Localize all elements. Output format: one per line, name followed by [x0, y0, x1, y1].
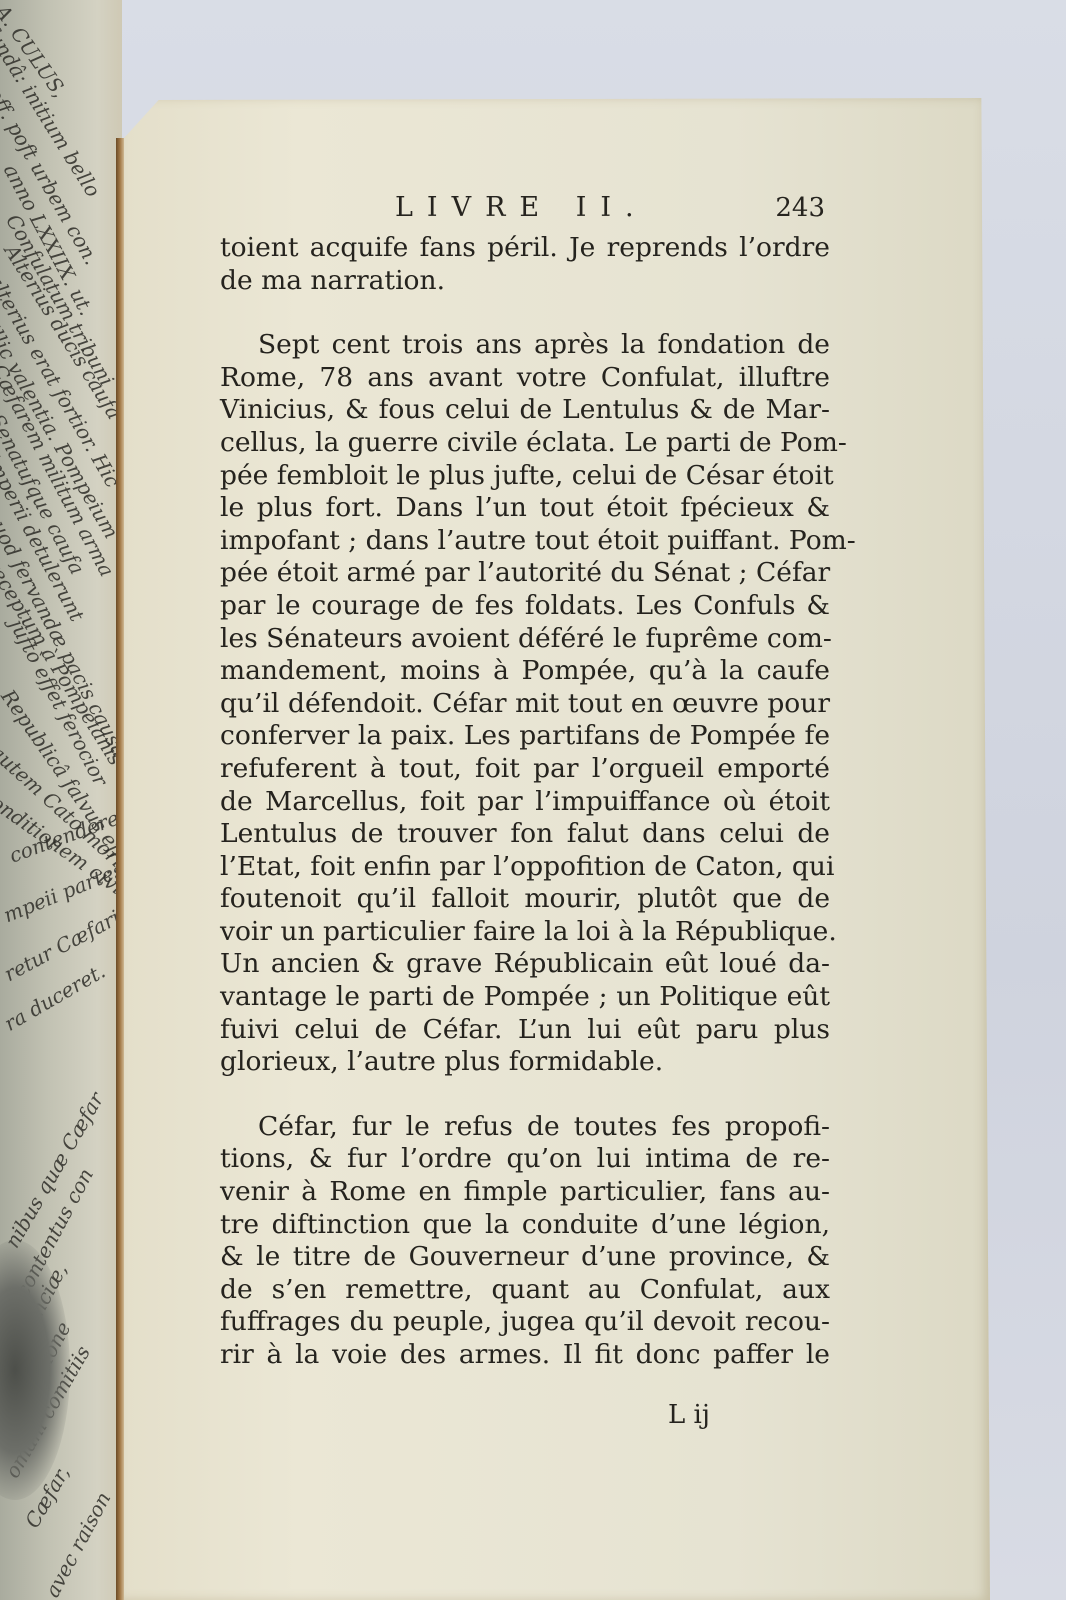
- text-line: mandement, moins à Pompée, qu’à la caufe: [220, 655, 830, 688]
- text-line: de s’en remettre, quant au Confulat, aux: [220, 1274, 830, 1307]
- facing-page-left: A. CULUS, fundâ: initium bello Coff. pof…: [0, 0, 122, 1600]
- text-line: glorieux, l’autre plus formidable.: [220, 1046, 830, 1079]
- text-line: de ma narration.: [220, 265, 830, 298]
- text-line: Céfar, fur le refus de toutes fes propof…: [220, 1111, 830, 1144]
- running-head: LIVRE II. 243: [395, 192, 825, 223]
- text-line: le plus fort. Dans l’un tout étoit fpéci…: [220, 492, 830, 525]
- body-text: toient acquife fans péril. Je reprends l…: [220, 232, 830, 1372]
- page-number: 243: [775, 193, 825, 223]
- text-line: venir à Rome en fimple particulier, fans…: [220, 1176, 830, 1209]
- text-line: tre diftinction que la conduite d’une lé…: [220, 1209, 830, 1242]
- text-line: cellus, la guerre civile éclata. Le part…: [220, 427, 830, 460]
- text-line: pée fembloit le plus jufte, celui de Cés…: [220, 460, 830, 493]
- text-line: foutenoit qu’il falloit mourir, plutôt q…: [220, 883, 830, 916]
- text-line: les Sénateurs avoient déféré le fuprême …: [220, 623, 830, 656]
- text-line: Vinicius, & fous celui de Lentulus & de …: [220, 394, 830, 427]
- text-line: tions, & fur l’ordre qu’on lui intima de…: [220, 1143, 830, 1176]
- text-line: impofant ; dans l’autre tout étoit puiff…: [220, 525, 830, 558]
- text-line: voir un particulier faire la loi à la Ré…: [220, 916, 830, 949]
- text-line: Sept cent trois ans après la fondation d…: [220, 329, 830, 362]
- text-line: l’Etat, foit enfin par l’oppofition de C…: [220, 851, 830, 884]
- text-line: rir à la voie des armes. Il fit donc paf…: [220, 1339, 830, 1372]
- signature-mark: L ij: [668, 1400, 710, 1430]
- text-line: Un ancien & grave Républicain eût loué d…: [220, 948, 830, 981]
- text-line: fuffrages du peuple, jugea qu’il devoit …: [220, 1306, 830, 1339]
- text-line: Lentulus de trouver fon falut dans celui…: [220, 818, 830, 851]
- text-line: & le titre de Gouverneur d’une province,…: [220, 1241, 830, 1274]
- text-line: fuivi celui de Céfar. L’un lui eût paru …: [220, 1014, 830, 1047]
- text-line: refuferent à tout, foit par l’orgueil em…: [220, 753, 830, 786]
- text-line: de Marcellus, foit par l’impuiffance où …: [220, 786, 830, 819]
- running-title: LIVRE II.: [395, 192, 648, 223]
- text-line: toient acquife fans péril. Je reprends l…: [220, 232, 830, 265]
- text-line: vantage le parti de Pompée ; un Politiqu…: [220, 981, 830, 1014]
- text-line: qu’il défendoit. Céfar mit tout en œuvre…: [220, 688, 830, 721]
- text-line: conferver la paix. Les partifans de Pomp…: [220, 720, 830, 753]
- text-line: pée étoit armé par l’autorité du Sénat ;…: [220, 557, 830, 590]
- text-line: Rome, 78 ans avant votre Confulat, illuf…: [220, 362, 830, 395]
- text-line: par le courage de fes foldats. Les Confu…: [220, 590, 830, 623]
